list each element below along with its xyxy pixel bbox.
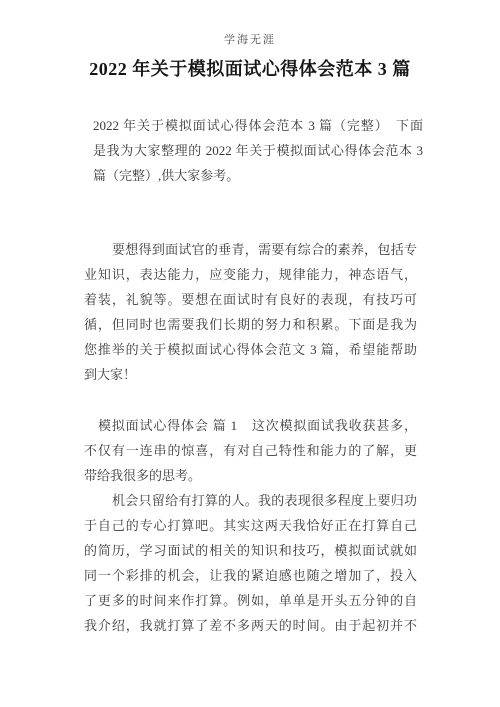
paragraph-section1-body: 机会只留给有打算的人。我的表现很多程度上要归功 于自己的专心打算吧。其实这两天我… [84, 488, 417, 638]
text-line: 的简历，学习面试的相关的知识和技巧，模拟面试就如 [84, 538, 417, 563]
text-line: 循，但同时也需要我们长期的努力和积累。下面是我为 [84, 312, 417, 337]
text-line: 同一个彩排的机会，让我的紧迫感也随之增加了，投入 [84, 563, 417, 588]
text-line: 2022 年关于模拟面试心得体会范本 3 篇（完整） 下面 [93, 113, 423, 138]
text-line: 要想得到面试官的垂青，需要有综合的素养，包括专 [84, 237, 417, 262]
paragraph-intro: 2022 年关于模拟面试心得体会范本 3 篇（完整） 下面 是我为大家整理的 2… [93, 113, 423, 188]
document-page: 学海无涯 2022 年关于模拟面试心得体会范本 3 篇 2022 年关于模拟面试… [0, 0, 500, 707]
paragraph-spacer [84, 188, 417, 237]
document-title: 2022 年关于模拟面试心得体会范本 3 篇 [0, 57, 500, 81]
text-line: 模拟面试心得体会 篇 1 这次模拟面试我收获甚多， [84, 413, 417, 438]
paragraph-spacer [84, 387, 417, 413]
text-line: 机会只留给有打算的人。我的表现很多程度上要归功 [84, 488, 417, 513]
text-line: 您推举的关于模拟面试心得体会范文 3 篇，希望能帮助 [84, 337, 417, 362]
document-body: 2022 年关于模拟面试心得体会范本 3 篇（完整） 下面 是我为大家整理的 2… [84, 113, 417, 638]
paragraph-overview: 要想得到面试官的垂青，需要有综合的素养，包括专 业知识，表达能力，应变能力，规律… [84, 237, 417, 387]
text-line: 带给我很多的思考。 [84, 463, 417, 488]
text-line: 着装，礼貌等。要想在面试时有良好的表现，有技巧可 [84, 287, 417, 312]
text-line: 我介绍，我就打算了差不多两天的时间。由于起初并不 [84, 613, 417, 638]
text-line: 篇（完整）,供大家参考。 [93, 163, 423, 188]
text-line: 是我为大家整理的 2022 年关于模拟面试心得体会范本 3 [93, 138, 423, 163]
text-line: 业知识，表达能力，应变能力，规律能力，神态语气， [84, 262, 417, 287]
text-line: 到大家！ [84, 362, 417, 387]
text-line: 于自己的专心打算吧。其实这两天我恰好正在打算自己 [84, 513, 417, 538]
text-line: 不仅有一连串的惊喜，有对自己特性和能力的了解，更 [84, 438, 417, 463]
paragraph-section1-heading: 模拟面试心得体会 篇 1 这次模拟面试我收获甚多， 不仅有一连串的惊喜，有对自己… [84, 413, 417, 488]
document-header-text: 学海无涯 [0, 33, 500, 47]
text-line: 了更多的时间来作打算。例如，单单是开头五分钟的自 [84, 588, 417, 613]
